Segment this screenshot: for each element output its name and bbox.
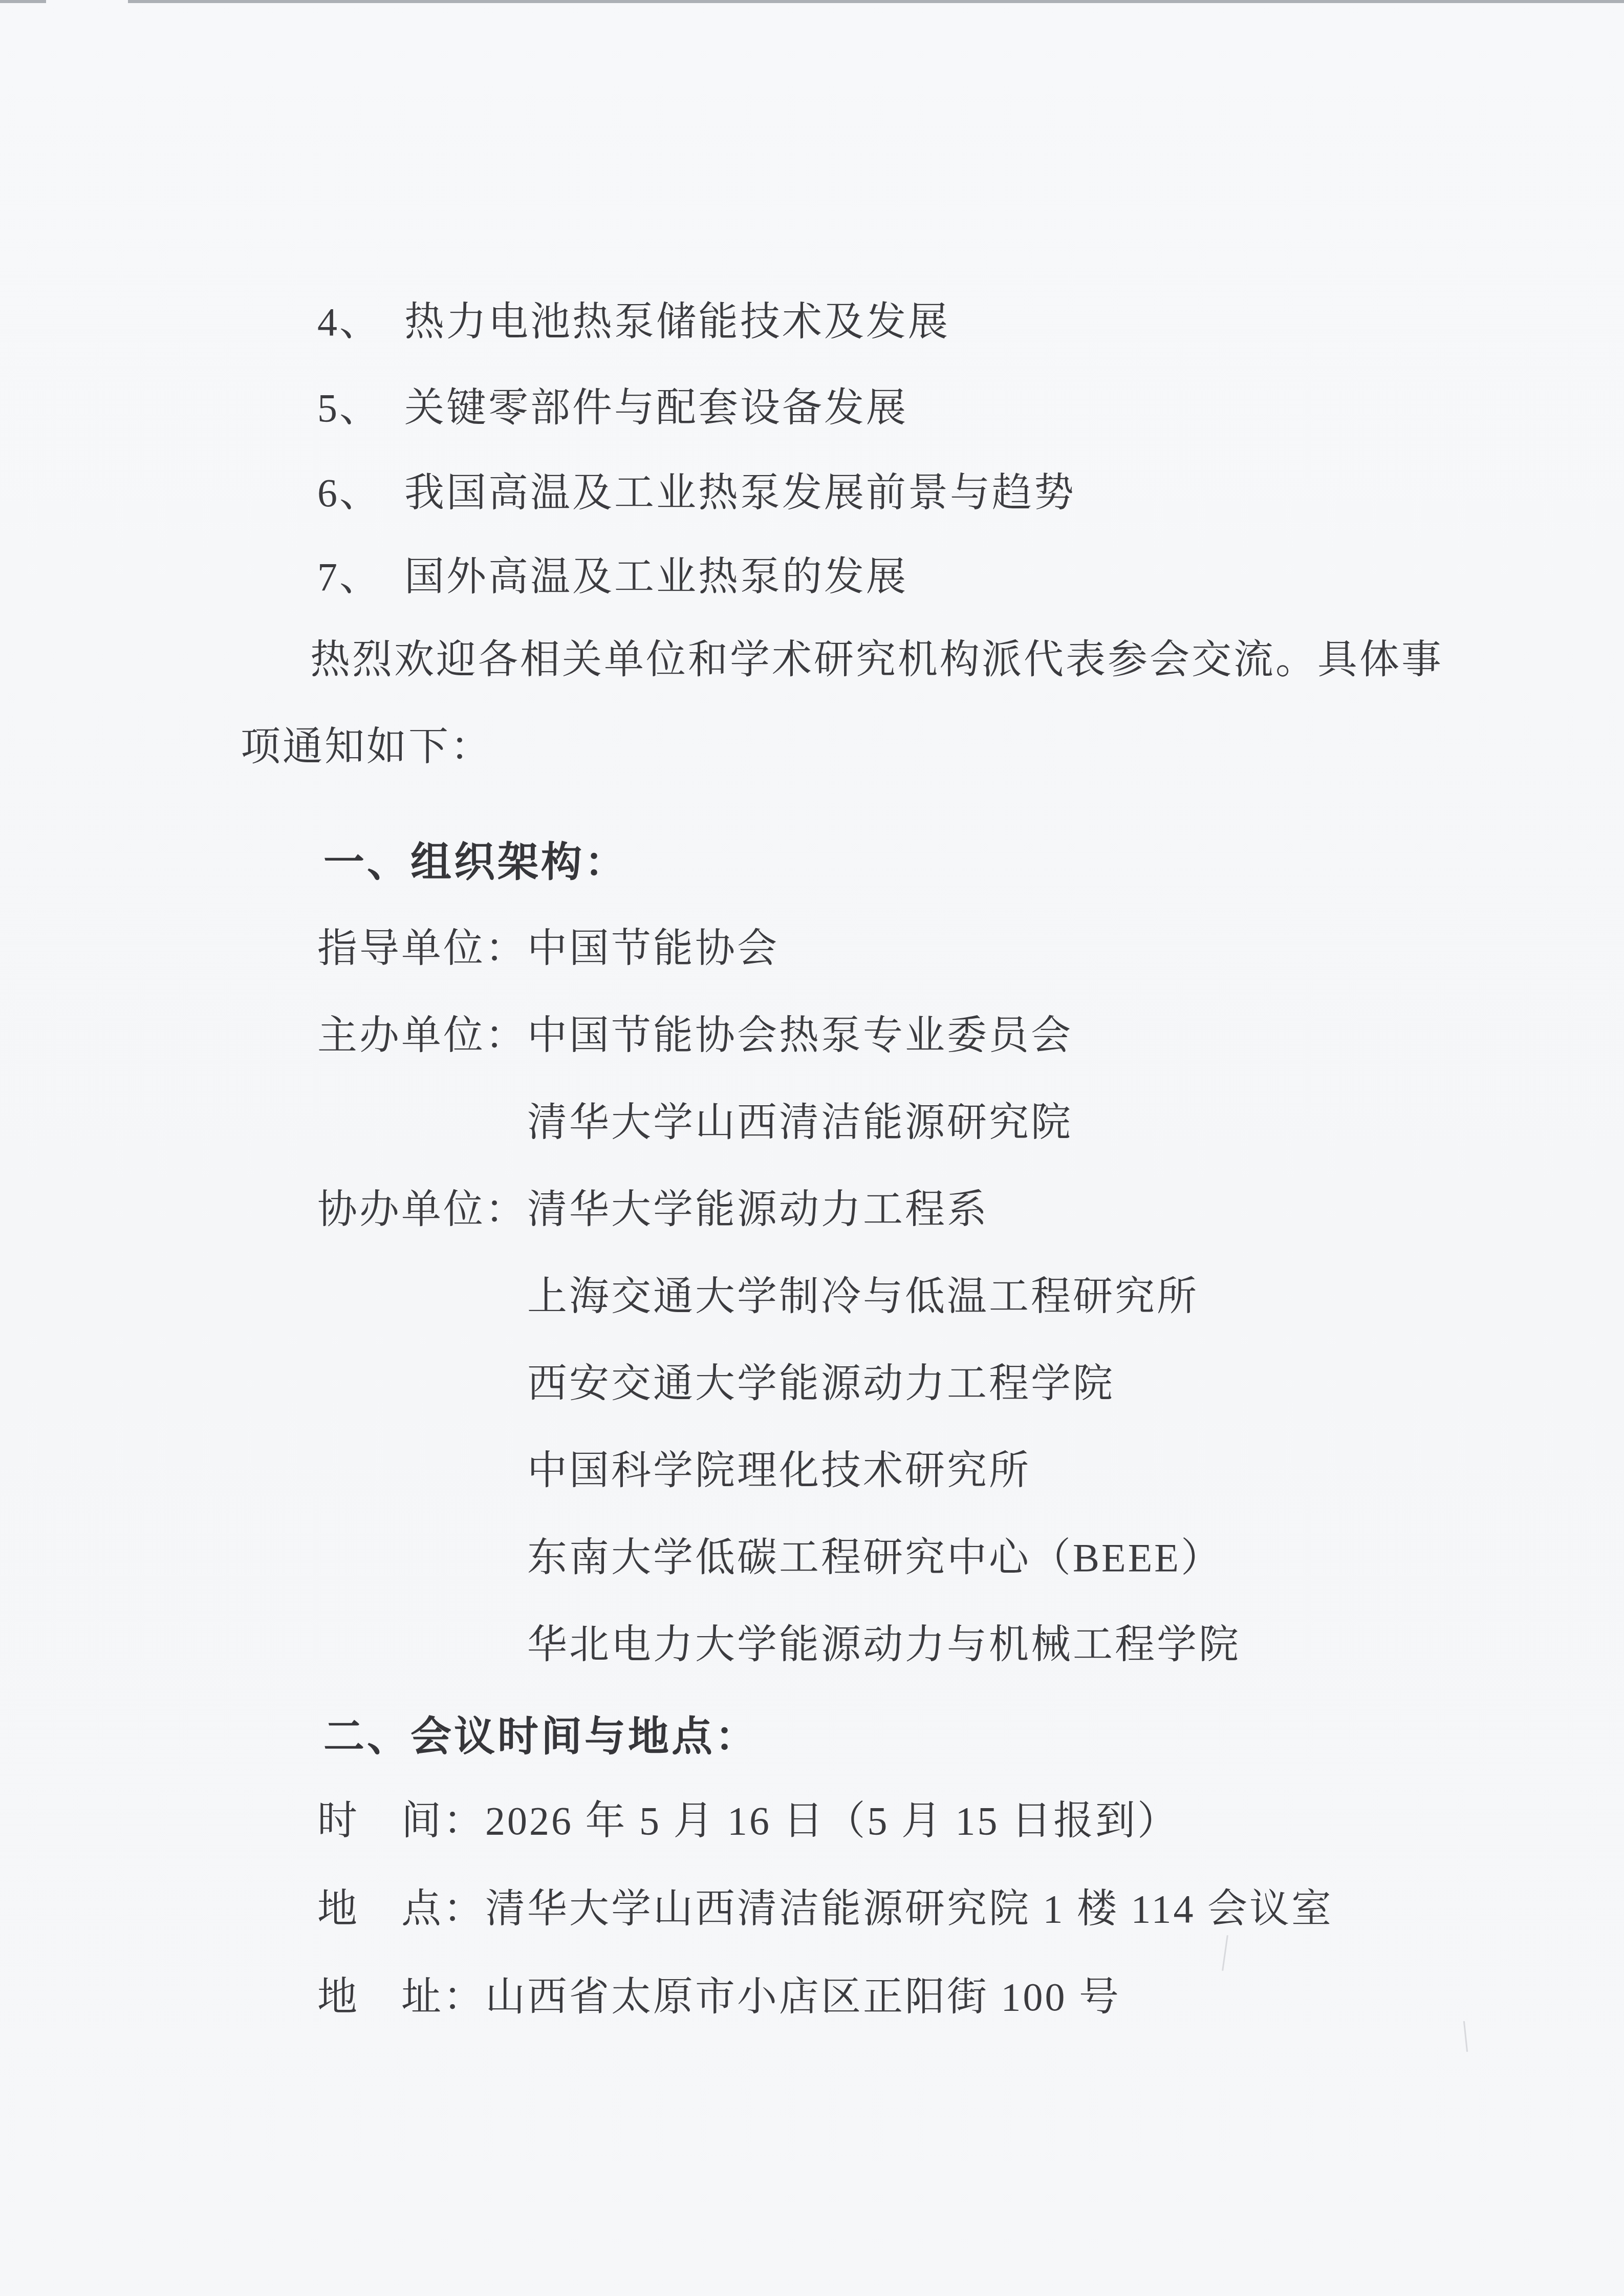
meeting-row-time: 时 间：2026 年 5 月 16 日（5 月 15 日报到） [317,1797,1179,1845]
org-value-host: 中国节能协会热泵专业委员会 [527,1013,1073,1058]
meeting-row-venue: 地 点：清华大学山西清洁能源研究院 1 楼 114 会议室 [317,1885,1333,1933]
scan-edge-artifact [0,0,1624,3]
intro-paragraph-line-2: 项通知如下： [241,723,492,771]
meeting-address-value: 山西省太原市小店区正阳街 100 号 [485,1975,1121,2019]
agenda-item-text: 国外高温及工业热泵的发展 [404,554,908,599]
intro-paragraph-line-1: 热烈欢迎各相关单位和学术研究机构派代表参会交流。具体事 [310,636,1443,684]
org-row-guidance-unit: 指导单位：中国节能协会 [317,925,779,973]
section-heading-meeting: 二、会议时间与地点： [323,1712,759,1761]
agenda-item-number: 7、 [317,553,404,601]
agenda-item-text: 热力电池热泵储能技术及发展 [404,299,950,344]
meeting-row-address: 地 址：山西省太原市小店区正阳街 100 号 [317,1973,1121,2021]
org-row-co-organizer: 协办单位：清华大学能源动力工程系 [317,1186,989,1234]
org-label-co-organizer: 协办单位： [317,1187,527,1232]
agenda-item: 4、热力电池热泵储能技术及发展 [317,298,950,346]
agenda-item-number: 5、 [317,384,404,432]
org-value-co-organizer-6: 华北电力大学能源动力与机械工程学院 [527,1621,1241,1669]
org-value-guidance: 中国节能协会 [527,926,779,971]
scanned-document-page: 4、热力电池热泵储能技术及发展 5、关键零部件与配套设备发展 6、我国高温及工业… [0,0,1624,2296]
org-value-co-organizer-2: 上海交通大学制冷与低温工程研究所 [527,1273,1199,1321]
section-heading-organization: 一、组织架构： [323,838,628,887]
meeting-address-label: 地 址： [317,1975,485,2019]
agenda-item: 7、国外高温及工业热泵的发展 [317,553,908,601]
org-value-co-organizer-4: 中国科学院理化技术研究所 [527,1447,1031,1495]
agenda-item-text: 我国高温及工业热泵发展前景与趋势 [404,470,1076,515]
scan-scratch-artifact [1463,2021,1468,2052]
scan-scratch-artifact [1222,1935,1228,1971]
agenda-item: 6、我国高温及工业热泵发展前景与趋势 [317,469,1076,517]
org-row-host-unit: 主办单位：中国节能协会热泵专业委员会 [317,1012,1073,1060]
agenda-item-text: 关键零部件与配套设备发展 [404,385,908,430]
scan-edge-notch [46,0,128,4]
org-value-co-organizer-3: 西安交通大学能源动力工程学院 [527,1360,1115,1408]
org-label-guidance: 指导单位： [317,926,527,971]
meeting-venue-label: 地 点： [317,1886,485,1931]
org-value-co-organizer: 清华大学能源动力工程系 [527,1187,989,1232]
agenda-item-number: 6、 [317,469,404,517]
org-value-co-organizer-5: 东南大学低碳工程研究中心（BEEE） [527,1534,1223,1582]
meeting-venue-value: 清华大学山西清洁能源研究院 1 楼 114 会议室 [485,1886,1333,1931]
agenda-item-number: 4、 [317,298,404,346]
meeting-time-label: 时 间： [317,1798,485,1843]
org-label-host: 主办单位： [317,1013,527,1058]
org-value-host-2: 清华大学山西清洁能源研究院 [527,1099,1073,1147]
agenda-item: 5、关键零部件与配套设备发展 [317,384,908,432]
meeting-time-value: 2026 年 5 月 16 日（5 月 15 日报到） [485,1798,1179,1843]
